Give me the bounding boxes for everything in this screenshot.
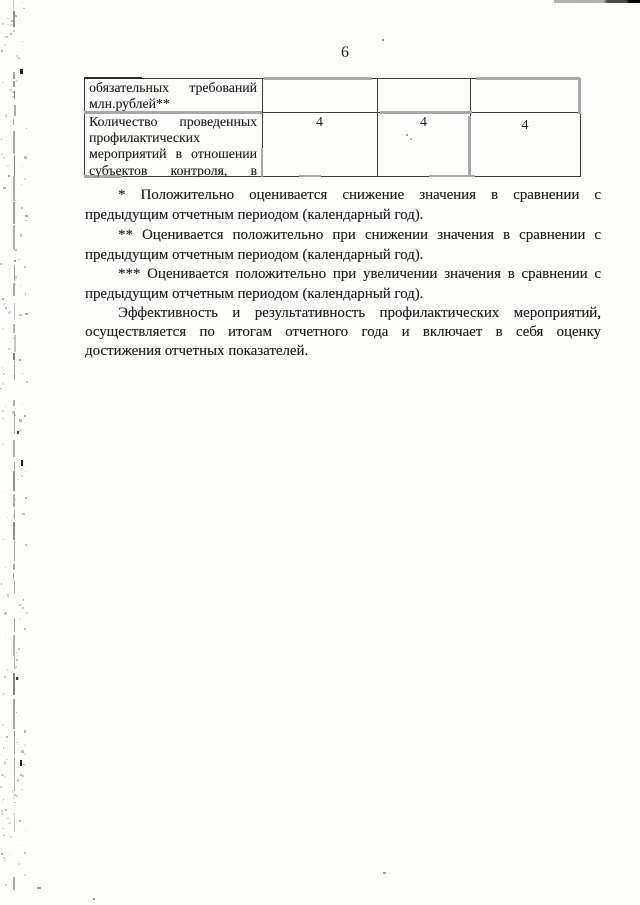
footnote-2-line-2: предыдущим отчетным периодом (календарны… — [85, 245, 601, 265]
scan-speck — [17, 431, 19, 434]
paragraph-line-2: осуществляется по итогам отчетного года … — [85, 322, 601, 342]
table-text-line: профилактических — [89, 130, 257, 146]
table-text-line: обязательных требований — [89, 80, 257, 96]
scanned-document-page: 6 обязательных требований млн.рублей** К… — [0, 0, 640, 905]
table-text-line: млн.рублей** — [89, 96, 257, 112]
scan-speck — [20, 69, 23, 74]
footnote-3-line-1: *** Оценивается положительно при увеличе… — [85, 264, 601, 284]
scan-speck — [383, 872, 386, 874]
scan-line-artifact — [476, 77, 580, 80]
footnote-1-line-2: предыдущим отчетным периодом (календарны… — [85, 205, 601, 225]
scan-line-artifact — [264, 77, 372, 80]
footnote-1-line-1: * Положительно оценивается снижение знач… — [85, 185, 601, 205]
page-number: 6 — [327, 44, 363, 62]
table-cell-value-1: 4 — [262, 115, 377, 130]
scan-speck — [16, 677, 18, 680]
table-cell-label-row2: Количество проведенных профилактических … — [84, 112, 262, 177]
scan-speck — [382, 39, 384, 41]
scan-speck — [410, 138, 412, 140]
scan-line-artifact — [380, 111, 472, 114]
paragraph-line-3: достижения отчетных показателей. — [85, 341, 601, 361]
footnote-2-line-1: ** Оценивается положительно при снижении… — [85, 225, 601, 245]
scan-speck — [406, 134, 408, 136]
scan-speck — [37, 887, 41, 889]
footnote-3-line-2: предыдущим отчетным периодом (календарны… — [85, 284, 601, 304]
paragraph-line-1: Эффективность и результативность профила… — [85, 303, 601, 323]
scan-speck — [93, 898, 95, 900]
scan-line-artifact — [578, 78, 581, 114]
table-text-line: Количество проведенных — [89, 114, 257, 130]
table-text-line: мероприятий в отношении — [89, 146, 257, 162]
table-text-line: субъектов контроля, в шт.*** — [89, 163, 257, 177]
table-cell-value-3: 4 — [470, 118, 580, 133]
indicators-table: обязательных требований млн.рублей** Кол… — [84, 78, 581, 177]
table-cell-label-row1: обязательных требований млн.рублей** — [84, 78, 262, 112]
scan-edge-top-bar — [554, 0, 640, 3]
table-cell-value-2: 4 — [377, 115, 470, 130]
scan-speck — [21, 460, 23, 466]
scan-line-artifact — [299, 175, 321, 177]
scan-speck — [20, 760, 22, 766]
